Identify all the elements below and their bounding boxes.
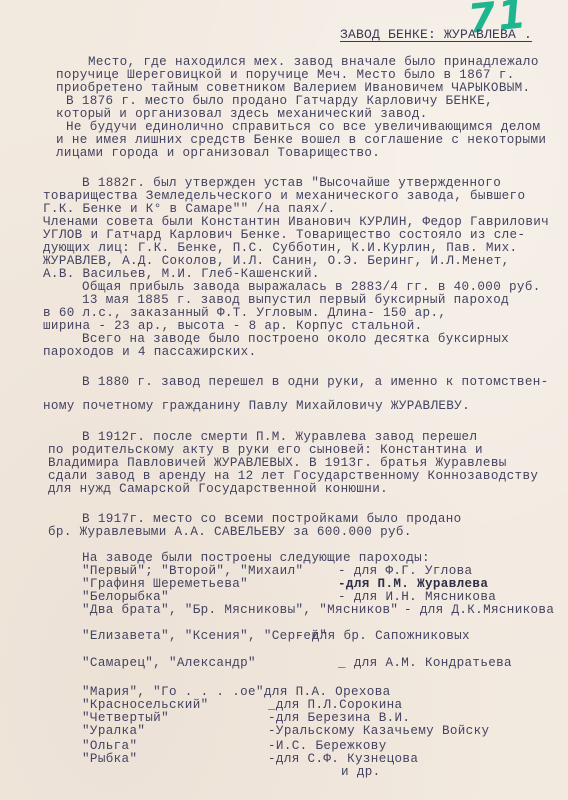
text-line: для нужд Самарской Государственной конюш… bbox=[48, 483, 388, 496]
text-line: пароходов и 4 пассажирских. bbox=[43, 346, 257, 359]
text-line: ному почетному гражданину Павлу Михайлов… bbox=[43, 400, 470, 413]
closing-text: и др. bbox=[341, 766, 381, 779]
steamer-names: "Елизавета", "Ксения", "Сергей" bbox=[82, 630, 327, 643]
text-line: В 1880 г. завод перешел в одни руки, а и… bbox=[82, 376, 549, 389]
text-line: бр. Журавлевыми А.А. САВЕЛЬЕВУ за 600.00… bbox=[48, 526, 412, 539]
steamer-names: "Рыбка" bbox=[82, 753, 137, 766]
steamer-names: "Самарец", "Александр" bbox=[82, 657, 256, 670]
document-title: ЗАВОД БЕНКЕ: ЖУРАВЛЕВА . bbox=[340, 27, 532, 42]
steamer-owner: -Уральскому Казачьему Войску bbox=[268, 725, 489, 738]
steamer-owner: - для бр. Сапожниковых bbox=[296, 630, 470, 643]
text-line: лицами города и организовал Товарищество… bbox=[56, 147, 380, 160]
steamer-names: "Уралка" bbox=[82, 725, 145, 738]
steamer-names: "Два брата", "Бр. Мясниковы", "Мясников" bbox=[82, 604, 398, 617]
steamer-owner: - для Д.К.Мясникова bbox=[404, 604, 554, 617]
steamer-owner: _ для А.М. Кондратьева bbox=[338, 657, 512, 670]
